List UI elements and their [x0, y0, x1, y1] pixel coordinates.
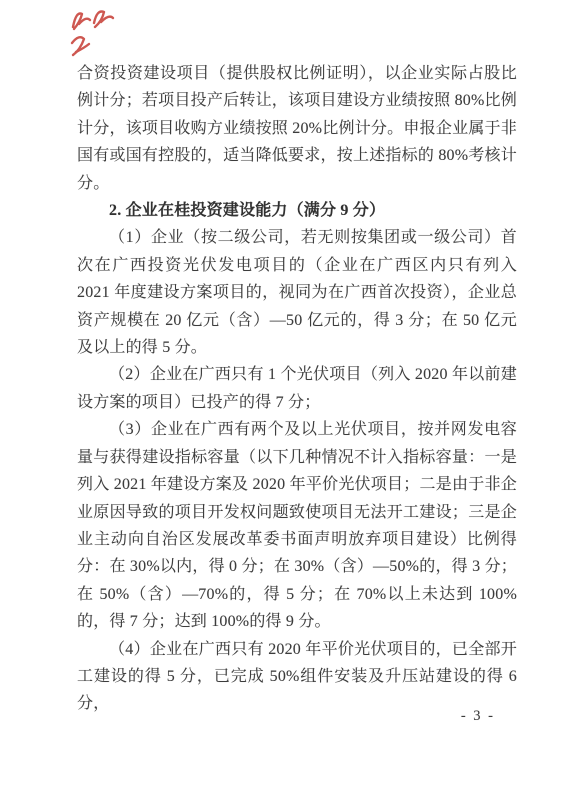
red-handwriting-mark-icon — [66, 4, 118, 62]
document-page: 合资投资建设项目（提供股权比例证明），以企业实际占股比例计分；若项目投产后转让，… — [0, 0, 565, 800]
page-number: - 3 - — [461, 708, 495, 725]
paragraph: 合资投资建设项目（提供股权比例证明），以企业实际占股比例计分；若项目投产后转让，… — [77, 60, 517, 197]
paragraph: （2）企业在广西只有 1 个光伏项目（列入 2020 年以前建设方案的项目）已投… — [77, 361, 517, 416]
paragraph: （1）企业（按二级公司，若无则按集团或一级公司）首次在广西投资光伏发电项目的（企… — [77, 224, 517, 361]
document-body: 合资投资建设项目（提供股权比例证明），以企业实际占股比例计分；若项目投产后转让，… — [77, 60, 517, 718]
paragraph: （3）企业在广西有两个及以上光伏项目，按并网发电容量与获得建设指标容量（以下几种… — [77, 416, 517, 635]
section-heading: 2. 企业在桂投资建设能力（满分 9 分） — [77, 197, 517, 224]
paragraph: （4）企业在广西只有 2020 年平价光伏项目的，已全部开工建设的得 5 分，已… — [77, 636, 517, 718]
